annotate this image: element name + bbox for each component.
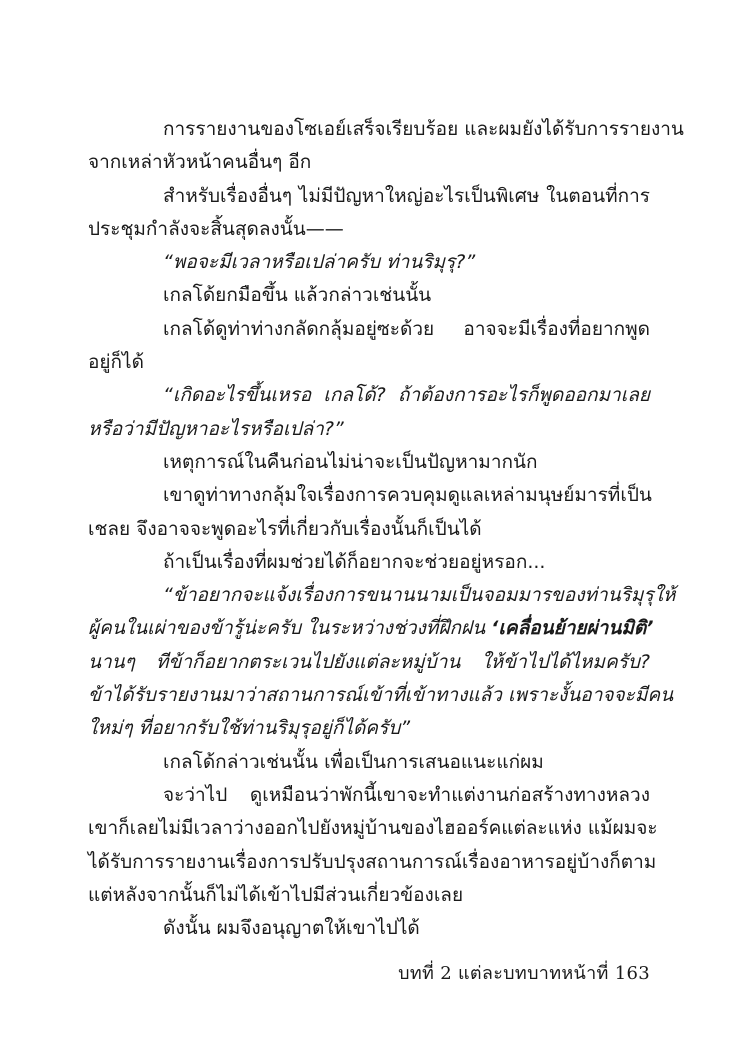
text-line: จะว่าไป ดูเหมือนว่าพักนี้เขาจะทำแต่งานก่… bbox=[88, 779, 650, 812]
text-line: ประชุมกำลังจะสิ้นสุดลงนั้น—— bbox=[88, 213, 650, 246]
dialogue-line: “พอจะมีเวลาหรือเปล่าครับ ท่านริมุรุ?” bbox=[88, 246, 650, 279]
dialogue-line: นานๆ ทีข้าก็อยากตระเวนไปยังแต่ละหมู่บ้าน… bbox=[88, 646, 650, 679]
dialogue-line: “เกิดอะไรขึ้นเหรอ เกลโด้? ถ้าต้องการอะไร… bbox=[88, 379, 650, 412]
page-footer: บทที่ 2 แต่ละบทบาทหน้าที่ 163 bbox=[398, 958, 650, 987]
dialogue-line: ผู้คนในเผ่าของข้ารู้น่ะครับ ในระหว่างช่ว… bbox=[88, 612, 650, 645]
text-line: ได้รับการรายงานเรื่องการปรับปรุงสถานการณ… bbox=[88, 846, 650, 879]
dialogue-text: ผู้คนในเผ่าของข้ารู้น่ะครับ ในระหว่างช่ว… bbox=[88, 617, 485, 639]
text-line: เกลโด้ดูท่าท่างกลัดกลุ้มอยู่ซะด้วย อาจจะ… bbox=[88, 313, 650, 346]
text-line: สำหรับเรื่องอื่นๆ ไม่มีปัญหาใหญ่อะไรเป็น… bbox=[88, 180, 650, 213]
text-line: เชลย จึงอาจจะพูดอะไรที่เกี่ยวกับเรื่องนั… bbox=[88, 513, 650, 546]
text-line: จากเหล่าหัวหน้าคนอื่นๆ อีก bbox=[88, 146, 650, 179]
dialogue-line: ข้าได้รับรายงานมาว่าสถานการณ์เข้าที่เข้า… bbox=[88, 679, 650, 712]
text-line: ดังนั้น ผมจึงอนุญาตให้เขาไปได้ bbox=[88, 912, 650, 945]
text-line: เกลโด้ยกมือขึ้น แล้วกล่าวเช่นนั้น bbox=[88, 279, 650, 312]
dialogue-line: หรือว่ามีปัญหาอะไรหรือเปล่า?” bbox=[88, 413, 650, 446]
text-line: แต่หลังจากนั้นก็ไม่ได้เข้าไปมีส่วนเกี่ยว… bbox=[88, 879, 650, 912]
text-line: การรายงานของโซเอย์เสร็จเรียบร้อย และผมยั… bbox=[88, 113, 650, 146]
text-line: อยู่ก็ได้ bbox=[88, 346, 650, 379]
text-line: เขาดูท่าทางกลุ้มใจเรื่องการควบคุมดูแลเหล… bbox=[88, 479, 650, 512]
text-line: เกลโด้กล่าวเช่นนั้น เพื่อเป็นการเสนอแนะแ… bbox=[88, 746, 650, 779]
body-text: การรายงานของโซเอย์เสร็จเรียบร้อย และผมยั… bbox=[88, 113, 650, 945]
text-line: เขาก็เลยไม่มีเวลาว่างออกไปยังหมู่บ้านของ… bbox=[88, 812, 650, 845]
book-page: การรายงานของโซเอย์เสร็จเรียบร้อย และผมยั… bbox=[0, 0, 738, 1051]
text-line: เหตุการณ์ในคืนก่อนไม่น่าจะเป็นปัญหามากนั… bbox=[88, 446, 650, 479]
text-line: ถ้าเป็นเรื่องที่ผมช่วยได้ก็อยากจะช่วยอยู… bbox=[88, 546, 650, 579]
dialogue-line: ใหม่ๆ ที่อยากรับใช้ท่านริมุรุอยู่ก็ได้คร… bbox=[88, 712, 650, 745]
dialogue-line: “ข้าอยากจะแจ้งเรื่องการขนานนามเป็นจอมมาร… bbox=[88, 579, 650, 612]
technique-name: ‘เคลื่อนย้ายผ่านมิติ’ bbox=[491, 617, 653, 639]
